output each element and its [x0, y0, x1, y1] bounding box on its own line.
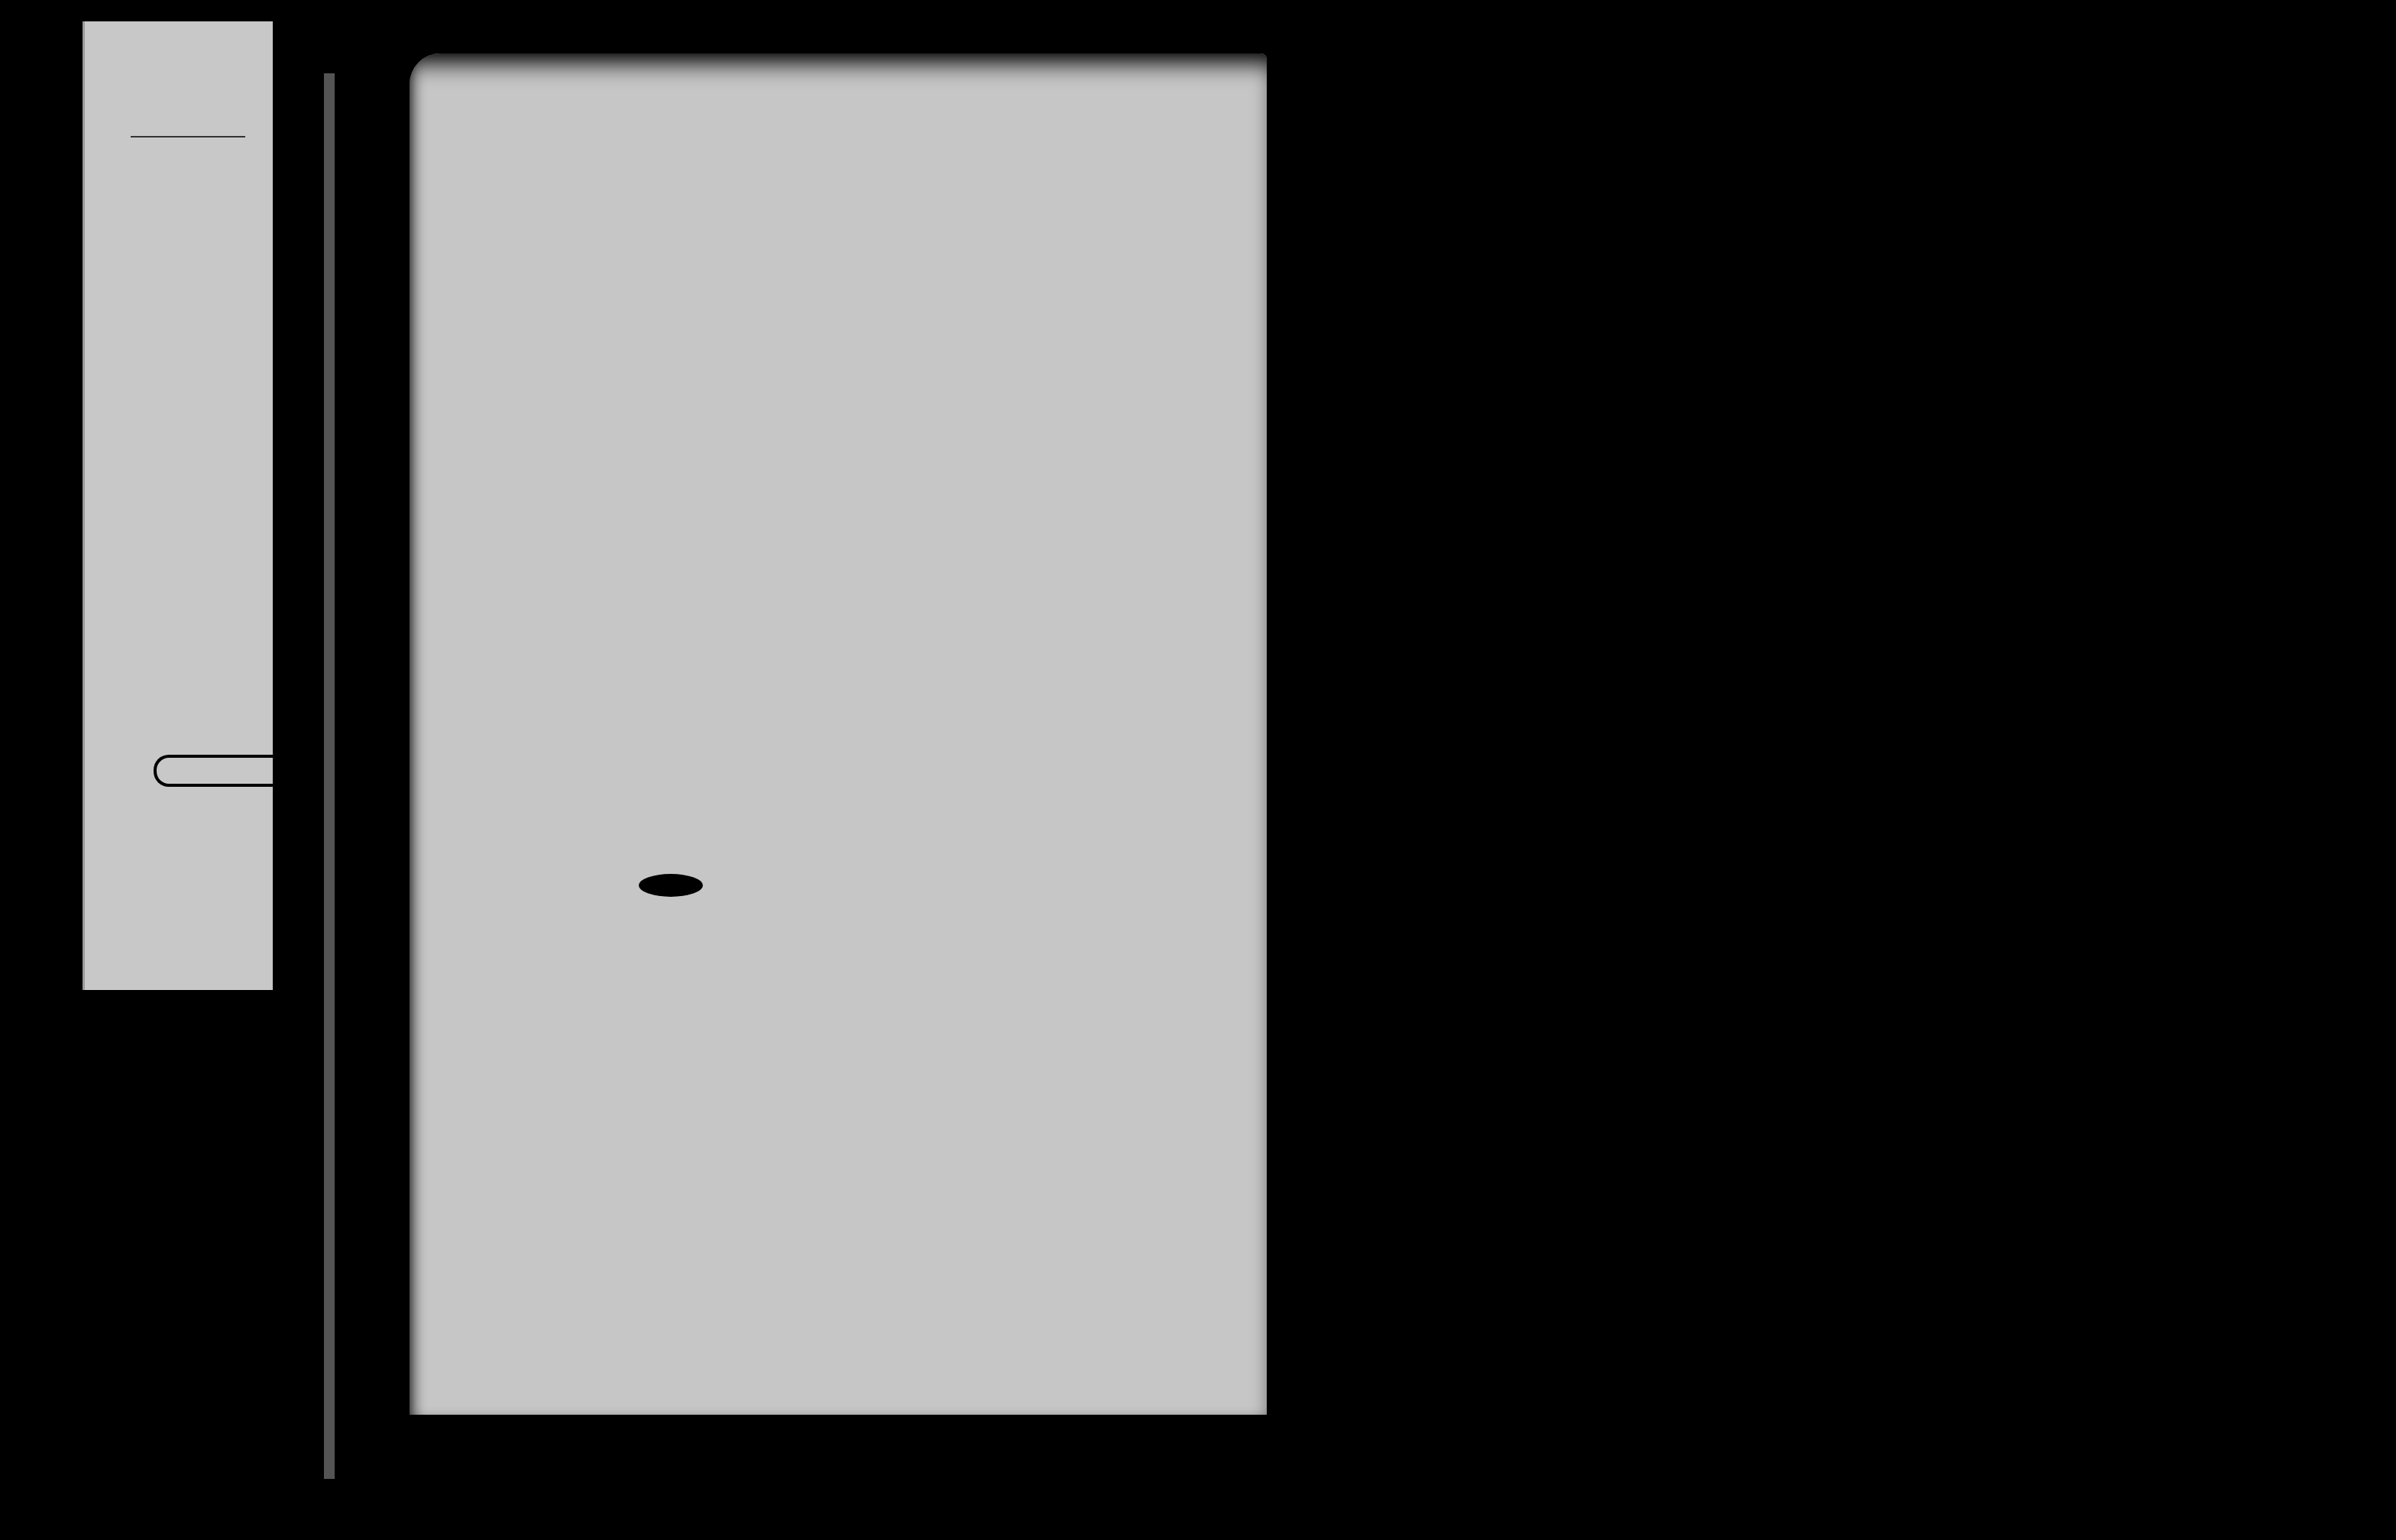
paper-clip-icon: [154, 755, 287, 787]
film-edge-strip: [324, 73, 335, 1479]
left-register-page: [410, 53, 1267, 1415]
archive-label-card: [83, 21, 273, 990]
label-years-underline: [131, 136, 245, 137]
ink-blot: [639, 874, 703, 897]
